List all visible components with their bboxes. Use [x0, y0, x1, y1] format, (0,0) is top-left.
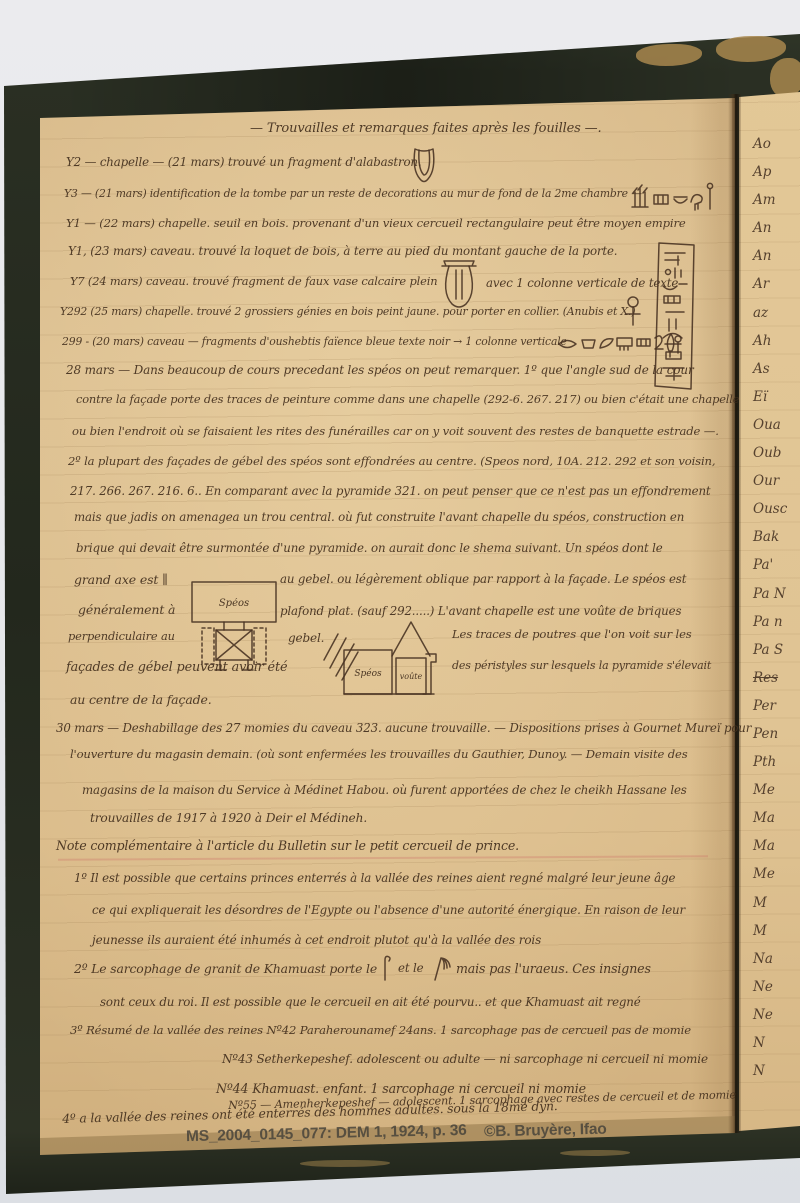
facing-page-word: Pth — [739, 754, 800, 782]
facing-page-word: M — [739, 895, 800, 923]
facing-page-word: Pa' — [739, 557, 800, 585]
facing-page-word: An — [739, 220, 800, 248]
hieroglyph-row-2 — [556, 330, 682, 360]
facing-page-word: Oub — [739, 445, 800, 473]
manuscript-line: sont ceux du roi. Il est possible que le… — [100, 995, 641, 1009]
cover-wear-mark — [770, 58, 800, 98]
manuscript-line: 28 mars — Dans beaucoup de cours preceda… — [66, 363, 694, 377]
manuscript-line: et le — [398, 961, 423, 975]
facing-page-word: Pa S — [739, 642, 800, 670]
facing-page-word: Pa N — [739, 586, 800, 614]
manuscript-line: Y7 (24 mars) caveau. trouvé fragment de … — [70, 274, 437, 288]
facing-page-word: az — [739, 305, 800, 333]
manuscript-line: grand axe est ∥ — [74, 572, 168, 587]
section-speos-label: Spéos — [354, 668, 382, 679]
manuscript-line: ou bien l'endroit où se faisaient les ri… — [72, 424, 719, 438]
facing-page-word: Ma — [739, 810, 800, 838]
manuscript-line: plafond plat. (sauf 292.....) L'avant ch… — [280, 604, 681, 618]
facing-page-word: Pa n — [739, 614, 800, 642]
facing-page-word: N — [739, 1063, 800, 1091]
facing-page-word: Res — [739, 670, 800, 698]
facing-page-word: Na — [739, 951, 800, 979]
speos-section-sketch: Spéos voûte — [322, 618, 440, 704]
facing-page-word: As — [739, 361, 800, 389]
manuscript-line: jeunesse ils auraient été inhumés à cet … — [92, 933, 541, 947]
facing-page-word: Ap — [739, 164, 800, 192]
copyright-credit: ©B. Bruyère, Ifao — [484, 1121, 607, 1142]
facing-page-word: Per — [739, 698, 800, 726]
manuscript-line: 2º Le sarcophage de granit de Khamuast p… — [74, 961, 377, 976]
alabastron-sketch — [408, 146, 440, 188]
manuscript-line: Y3 — (21 mars) identification de la tomb… — [64, 187, 642, 200]
manuscript-line: Y2 — chapelle — (21 mars) trouvé un frag… — [66, 155, 421, 169]
manuscript-line: contre la façade porte des traces de pei… — [76, 392, 739, 406]
facing-page-word: Ah — [739, 333, 800, 361]
ankh-glyph — [624, 294, 642, 328]
manuscript-line: 1º Il est possible que certains princes … — [74, 871, 675, 885]
facing-page-word: Ousc — [739, 501, 800, 529]
manuscript-line: Y1 — (22 mars) chapelle. seuil en bois. … — [66, 216, 686, 230]
manuscript-line: 3º Résumé de la vallée des reines Nº42 P… — [70, 1023, 691, 1037]
manuscript-line: au gebel. ou légèrement oblique par rapp… — [280, 572, 686, 586]
manuscript-line: ce qui expliquerait les désordres de l'E… — [92, 903, 685, 917]
facing-page-word: Eï — [739, 389, 800, 417]
manuscript-line: généralement à — [78, 602, 175, 617]
plan-speos-label: Spéos — [219, 598, 249, 609]
facing-page-word: Ma — [739, 838, 800, 866]
manuscript-line: trouvailles de 1917 à 1920 à Deir el Méd… — [90, 811, 367, 825]
facing-page-word: An — [739, 248, 800, 276]
limestone-vase-sketch — [436, 254, 482, 312]
manuscript-line: mais pas l'uraeus. Ces insignes — [456, 961, 651, 976]
hieroglyph-column — [648, 240, 702, 392]
facing-page-word: Oua — [739, 417, 800, 445]
facing-page-word: Me — [739, 782, 800, 810]
section-vault-label: voûte — [400, 672, 423, 681]
manuscript-line: brique qui devait être surmontée d'une p… — [76, 541, 663, 555]
manuscript-line: Y1, (23 mars) caveau. trouvé la loquet d… — [68, 244, 617, 258]
facing-page-word: Ao — [739, 136, 800, 164]
facing-page-word: Ar — [739, 276, 800, 304]
manuscript-line: au centre de la façade. — [70, 692, 212, 707]
manuscript-line: magasins de la maison du Service à Médin… — [82, 783, 687, 797]
manuscript-line: 217. 266. 267. 216. 6.. En comparant ave… — [70, 484, 711, 498]
facing-page-word: Pen — [739, 726, 800, 754]
facing-page-word: Ne — [739, 1007, 800, 1035]
facing-page-word: M — [739, 923, 800, 951]
manuscript-line: des péristyles sur lesquels la pyramide … — [452, 659, 711, 672]
manuscript-line: l'ouverture du magasin demain. (où sont … — [70, 747, 688, 761]
manuscript-line: perpendiculaire au — [68, 629, 175, 643]
facing-page-word: Ne — [739, 979, 800, 1007]
manuscript-line: gebel. — [288, 631, 324, 645]
speos-plan-sketch: Spéos — [186, 578, 282, 674]
scanned-notebook-photo: — Trouvailles et remarques faites après … — [0, 0, 800, 1203]
facing-page-word: N — [739, 1035, 800, 1063]
manuscript-line: 299 - (20 mars) caveau — fragments d'ous… — [62, 335, 567, 348]
manuscript-line: Nº43 Setherkepeshef. adolescent ou adult… — [222, 1052, 708, 1066]
facing-page-word: Am — [739, 192, 800, 220]
facing-page-word: Me — [739, 866, 800, 894]
facing-page-index: Ao Ap Am An An Ar az Ah As Eï Oua Oub Ou… — [739, 136, 800, 1116]
heqa-crook-glyph — [378, 952, 392, 982]
page-title: — Trouvailles et remarques faites après … — [250, 121, 601, 136]
manuscript-line: 2º la plupart des façades de gébel des s… — [68, 454, 715, 468]
flail-glyph — [430, 950, 450, 982]
manuscript-line: Les traces de poutres que l'on voit sur … — [452, 627, 692, 641]
manuscript-line: Y292 (25 mars) chapelle. trouvé 2 grossi… — [60, 305, 635, 318]
note-heading: Note complémentaire à l'article du Bulle… — [56, 838, 519, 853]
facing-page-word: Our — [739, 473, 800, 501]
facing-page-word: Bak — [739, 529, 800, 557]
hieroglyph-row-1 — [628, 180, 718, 214]
manuscript-line: mais que jadis on amenagea un trou centr… — [74, 510, 684, 524]
manuscript-line: 30 mars — Deshabillage des 27 momies du … — [56, 721, 751, 735]
